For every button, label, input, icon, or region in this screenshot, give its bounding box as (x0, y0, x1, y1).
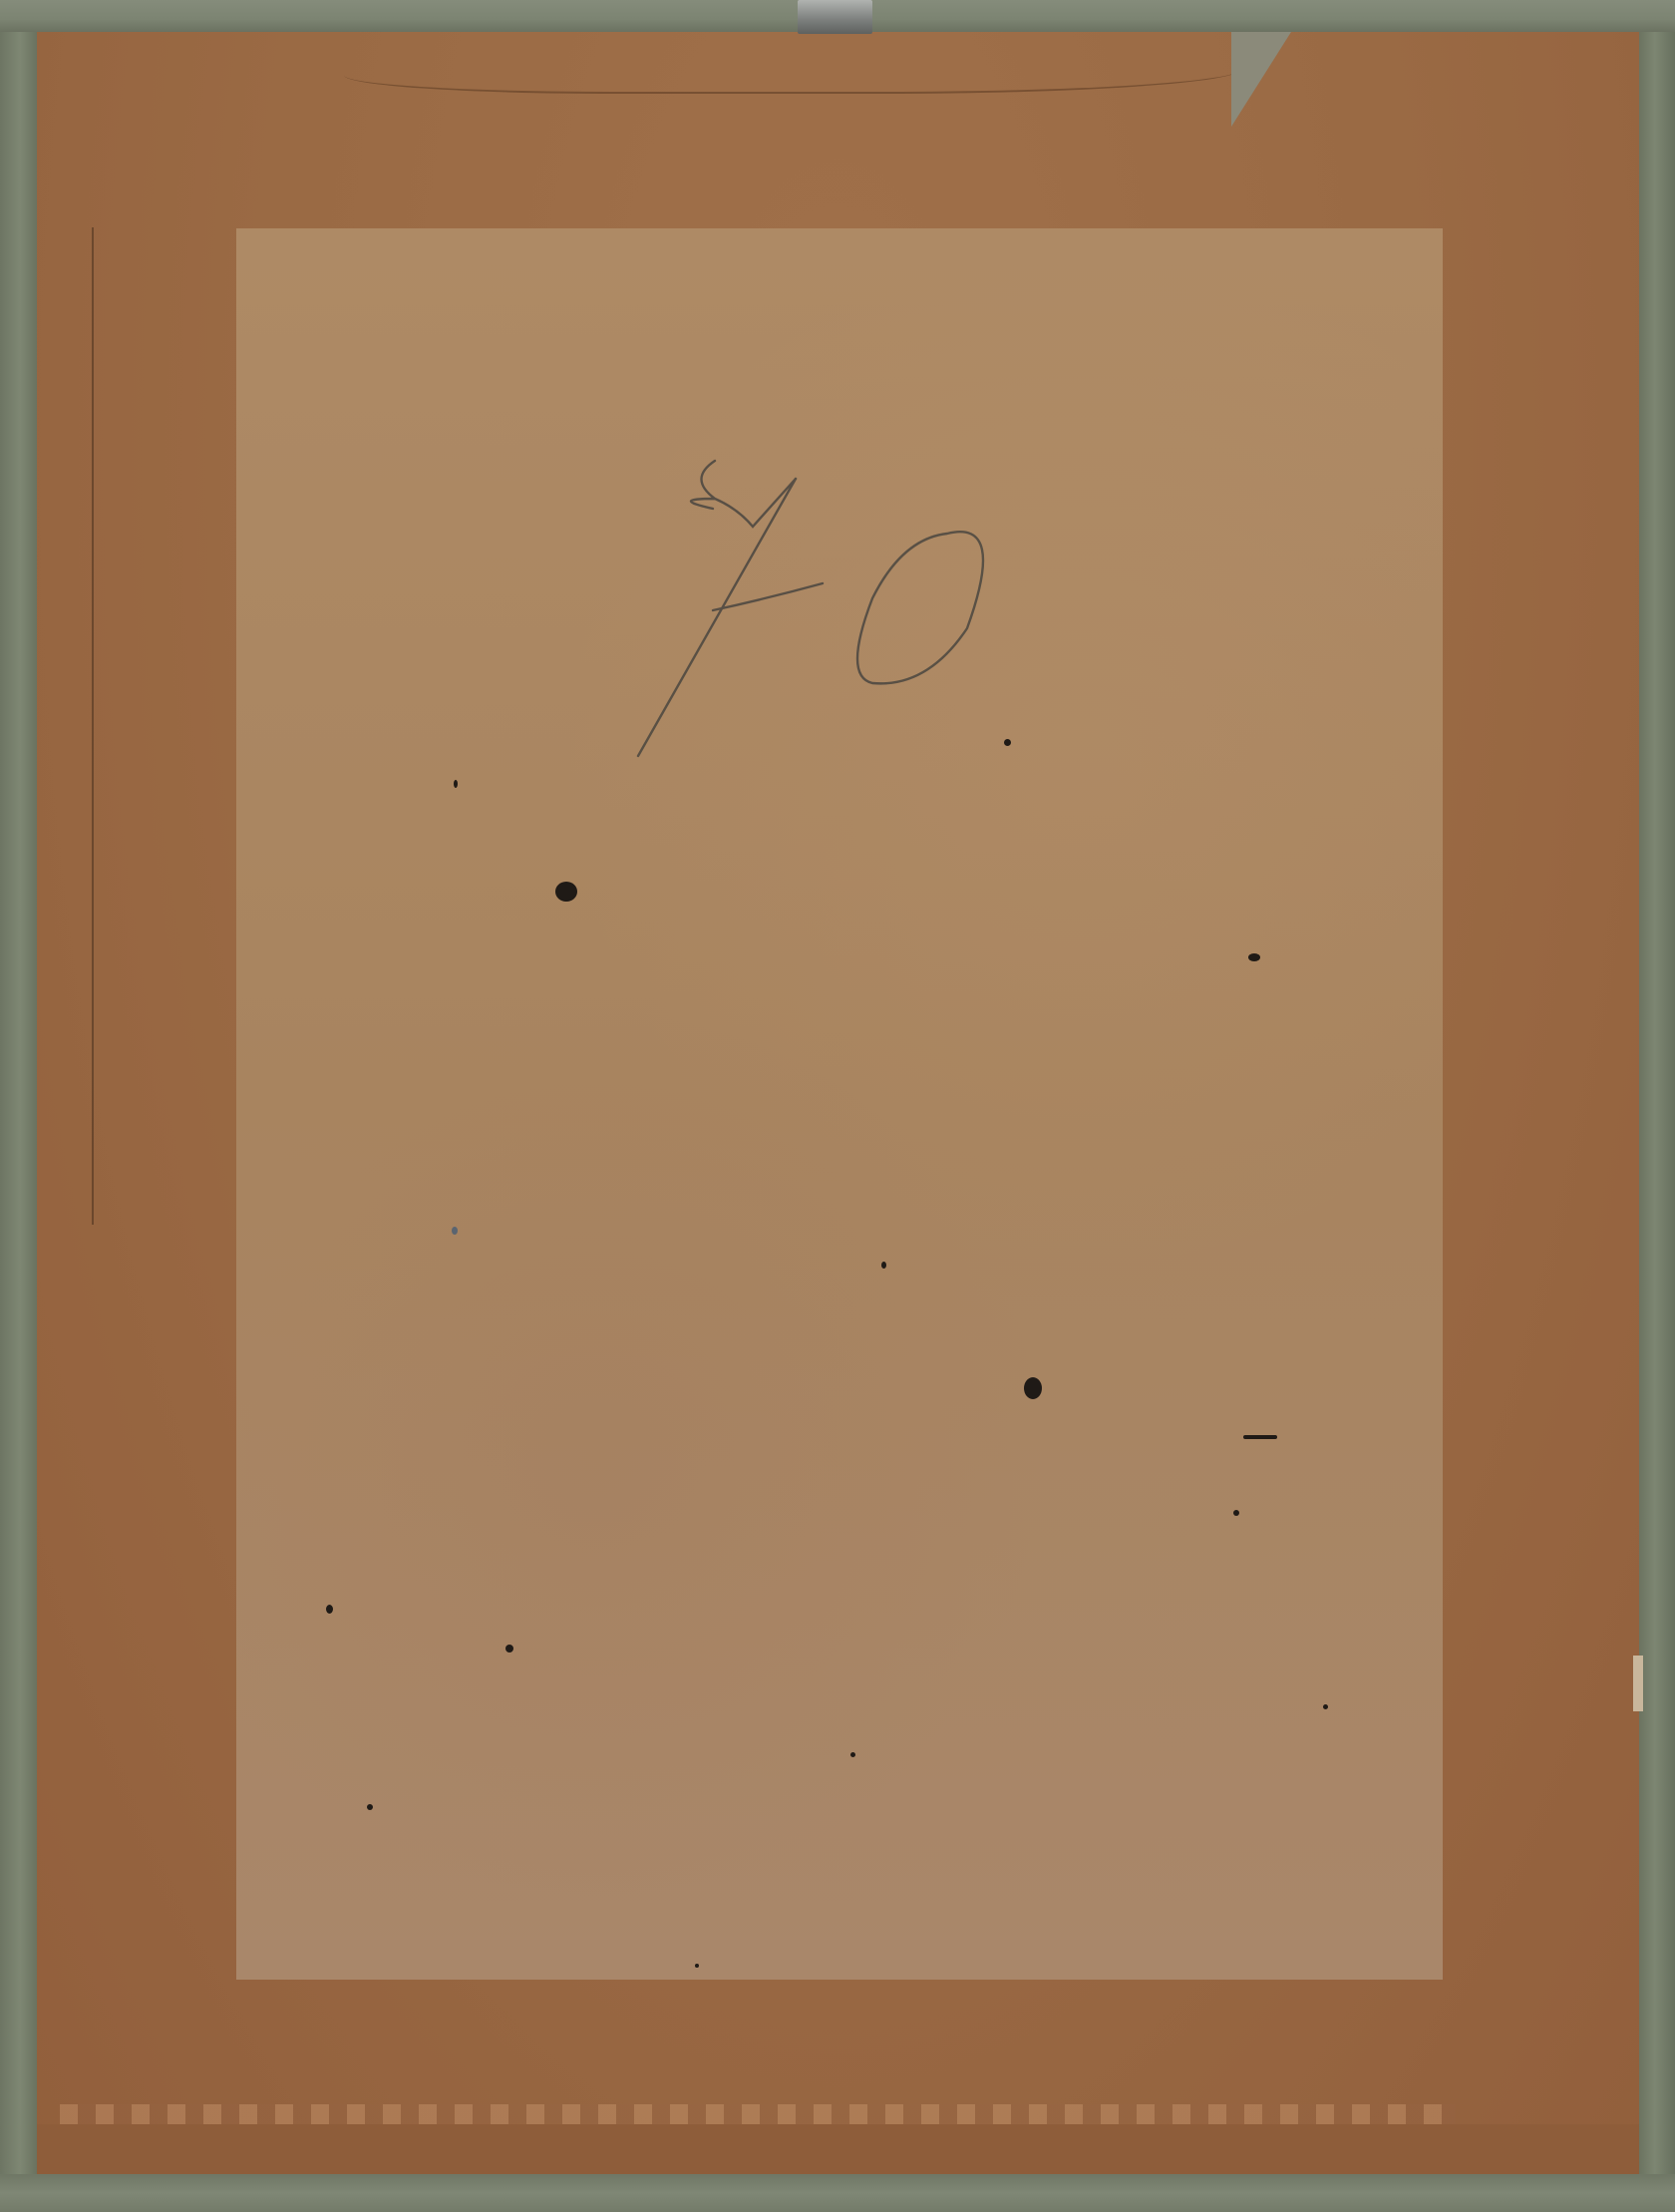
ink-speck (1243, 1435, 1277, 1439)
ink-speck (367, 1804, 373, 1810)
hanger-clip-icon (798, 0, 872, 34)
torn-tape-left (92, 227, 94, 1225)
ink-speck (505, 1645, 513, 1653)
tape-bottom-edge (60, 2104, 1456, 2124)
frame-bottom-rail (0, 2174, 1675, 2212)
ink-speck (695, 1964, 699, 1968)
ink-speck (1024, 1377, 1042, 1399)
paper-tab-right (1633, 1656, 1643, 1711)
ink-speck (555, 882, 577, 902)
ink-speck (850, 1752, 855, 1757)
ink-speck (326, 1605, 333, 1614)
ink-speck (1323, 1704, 1328, 1709)
tape-bottom-band (37, 2124, 1639, 2174)
ink-speck (1233, 1510, 1239, 1516)
pencil-inscription: 70 (618, 439, 997, 778)
ink-speck (1248, 953, 1260, 961)
ink-speck (1004, 739, 1011, 746)
ink-speck (454, 780, 458, 788)
ink-speck (452, 1227, 458, 1235)
torn-paper-corner (1231, 32, 1291, 127)
ink-speck (881, 1262, 886, 1269)
torn-tape-top (344, 32, 1241, 94)
